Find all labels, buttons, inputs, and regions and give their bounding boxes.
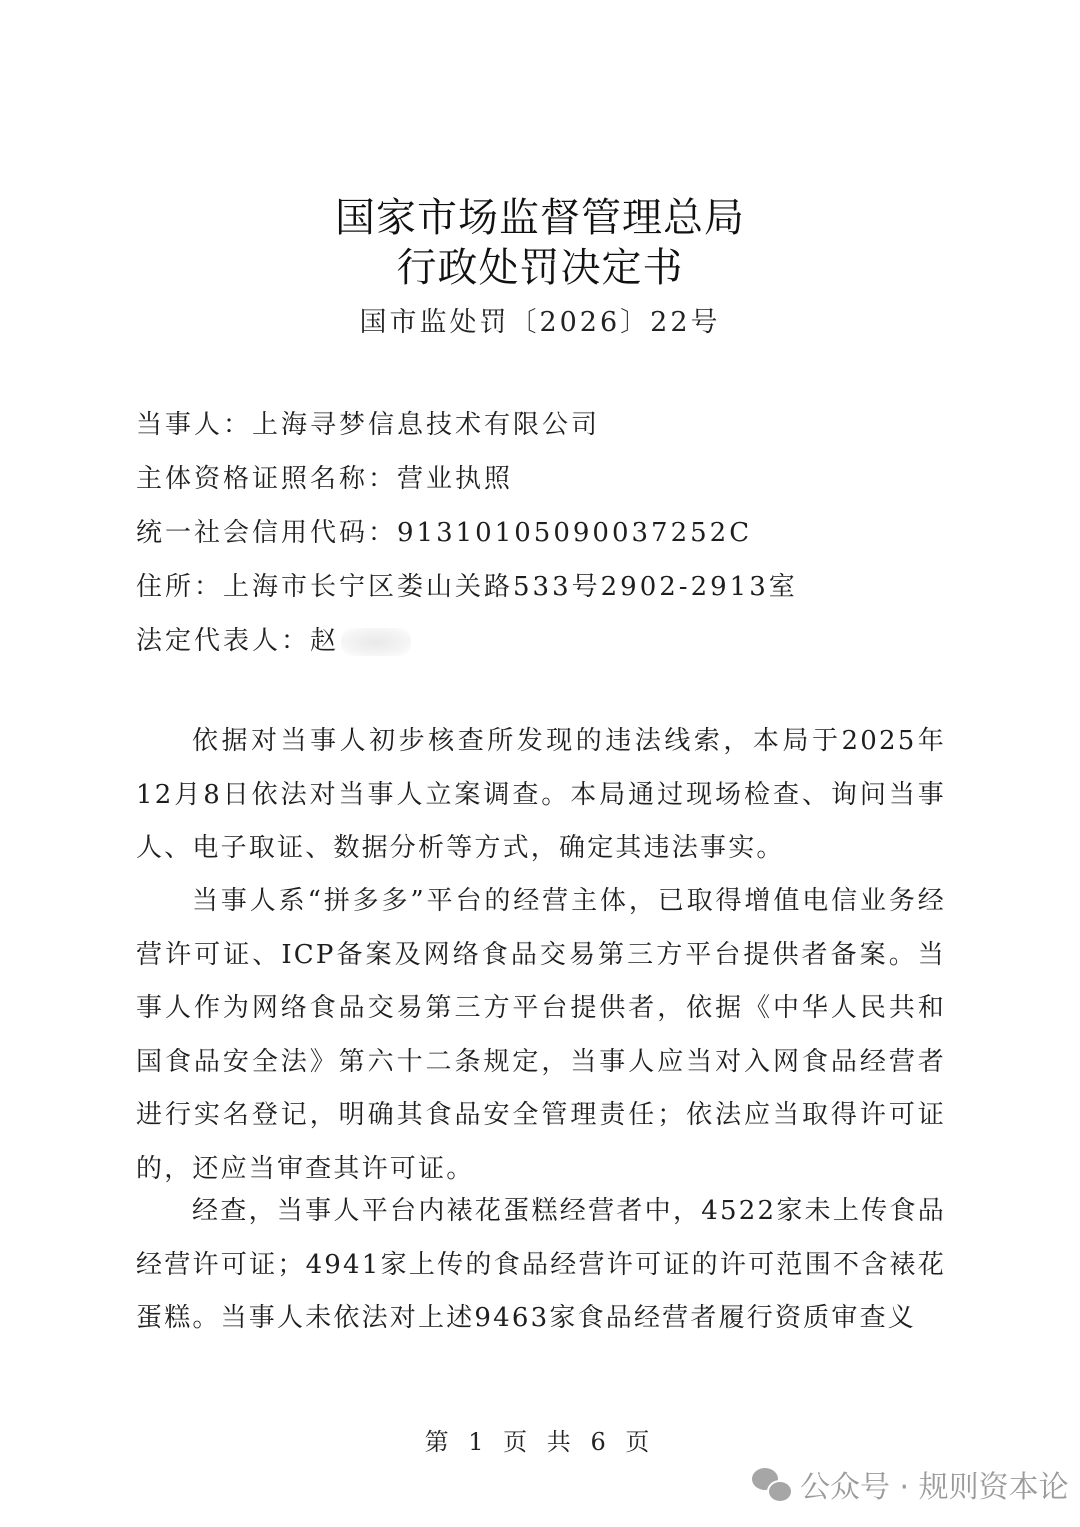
body-paragraph-2: 当事人系“拼多多”平台的经营主体，已取得增值电信业务经营许可证、ICP备案及网络… xyxy=(136,875,946,1196)
legal-representative: 法定代表人：赵 xyxy=(136,620,411,657)
body-paragraph-1: 依据对当事人初步核查所发现的违法线索，本局于2025年12月8日依法对当事人立案… xyxy=(136,715,946,876)
agency-title: 国家市场监督管理总局 xyxy=(0,186,1080,243)
party-name: 当事人：上海寻梦信息技术有限公司 xyxy=(136,404,600,441)
address: 住所：上海市长宁区娄山关路533号2902-2913室 xyxy=(136,566,798,603)
page-indicator: 第 1 页 共 6 页 xyxy=(0,1422,1080,1457)
credit-code: 统一社会信用代码：91310105090037252C xyxy=(136,512,752,549)
watermark-text: 公众号 · 规则资本论 xyxy=(800,1462,1069,1506)
watermark: 公众号 · 规则资本论 xyxy=(752,1462,1069,1506)
redacted-name-blur xyxy=(341,628,411,656)
body-paragraph-3: 经查，当事人平台内裱花蛋糕经营者中，4522家未上传食品经营许可证；4941家上… xyxy=(136,1185,946,1346)
document-title: 行政处罚决定书 xyxy=(0,236,1080,293)
document-number: 国市监处罚〔2026〕22号 xyxy=(0,300,1080,339)
legal-rep-label: 法定代表人：赵 xyxy=(136,626,339,656)
license-name: 主体资格证照名称：营业执照 xyxy=(136,458,513,495)
wechat-icon xyxy=(752,1466,792,1502)
